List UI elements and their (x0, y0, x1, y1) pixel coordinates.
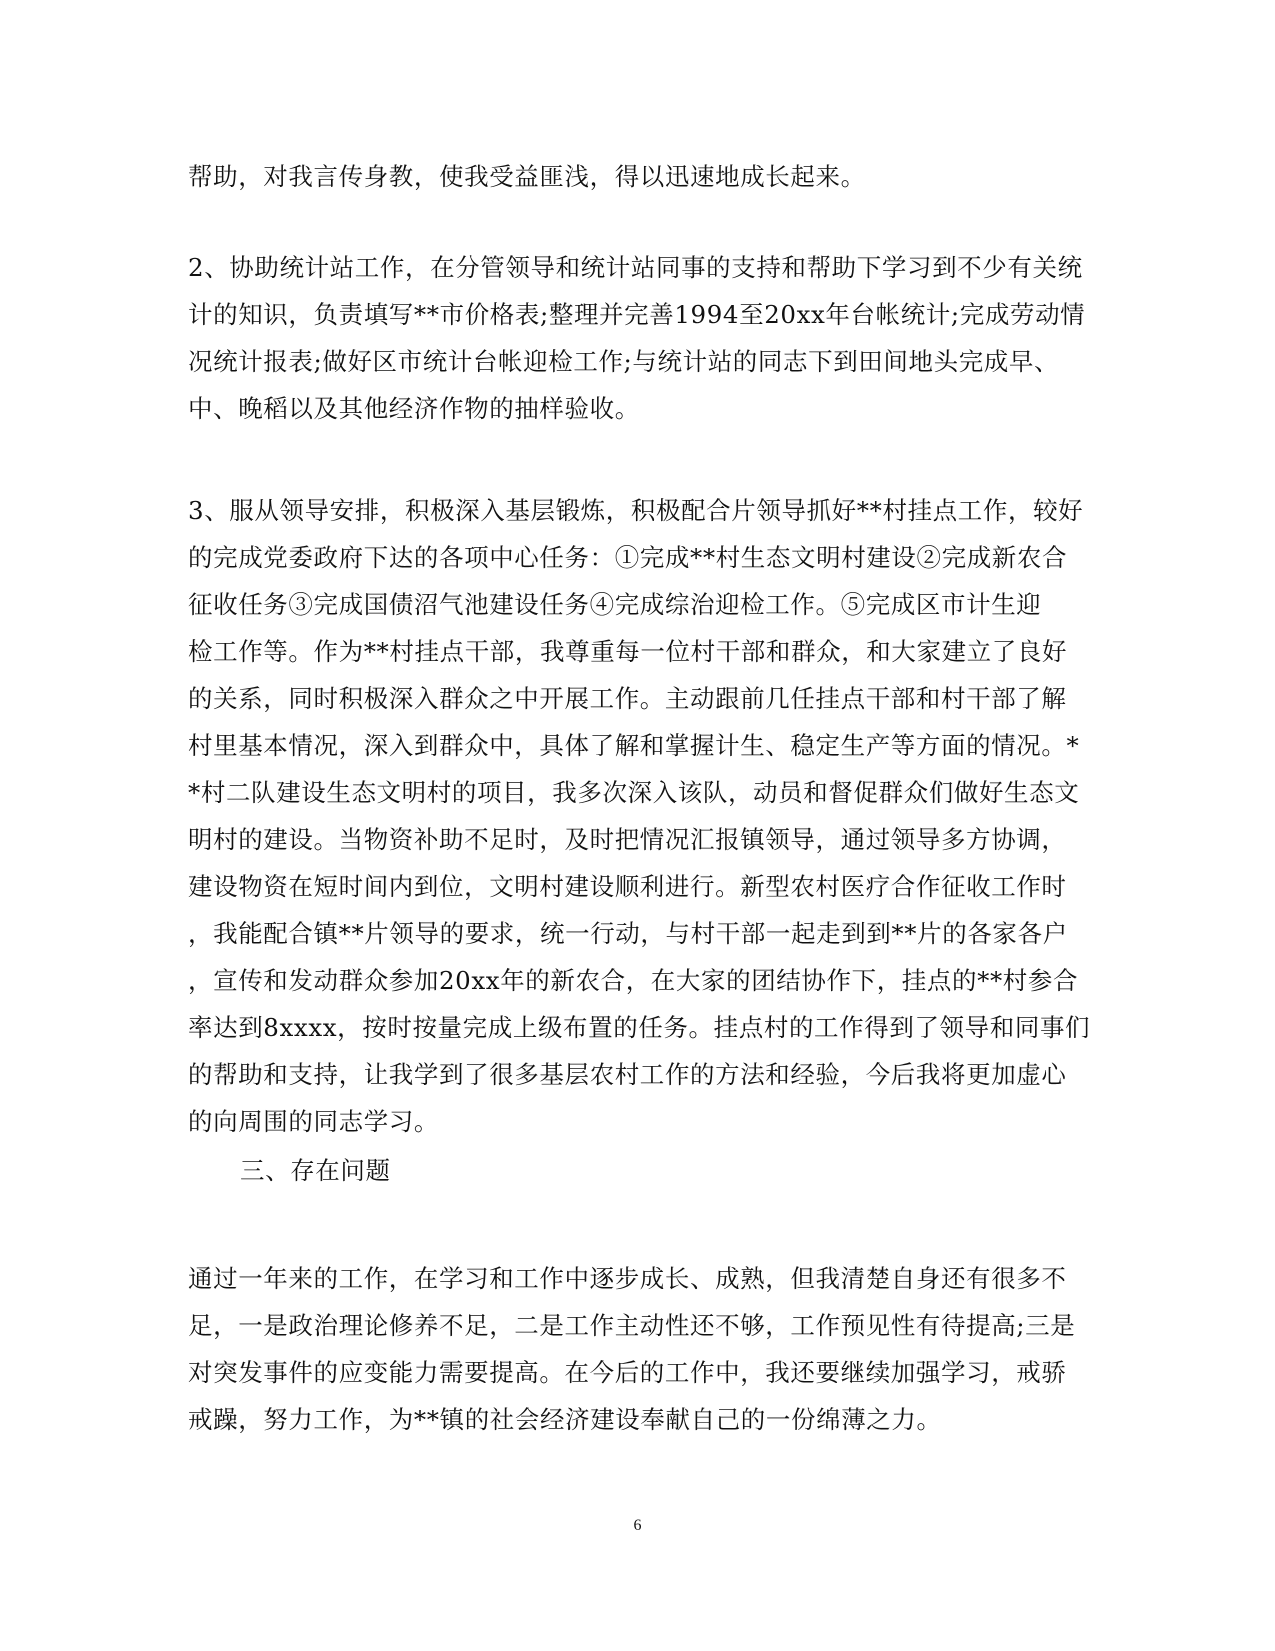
paragraph-line: 的向周围的同志学习。 (188, 1107, 439, 1137)
paragraph-line: 帮助，对我言传身教，使我受益匪浅，得以迅速地成长起来。 (188, 162, 866, 192)
paragraph-line: 足，一是政治理论修养不足，二是工作主动性还不够，工作预见性有待提高;三是 (188, 1311, 1075, 1341)
paragraph-line: 通过一年来的工作，在学习和工作中逐步成长、成熟，但我清楚自身还有很多不 (188, 1264, 1067, 1294)
document-page: 帮助，对我言传身教，使我受益匪浅，得以迅速地成长起来。 2、协助统计站工作，在分… (0, 0, 1275, 1651)
paragraph-line: 明村的建设。当物资补助不足时，及时把情况汇报镇领导，通过领导多方协调， (188, 825, 1067, 855)
paragraph-line: 村里基本情况，深入到群众中，具体了解和掌握计生、稳定生产等方面的情况。* (188, 731, 1079, 761)
section-heading: 三、存在问题 (240, 1156, 391, 1186)
paragraph-line: 中、晚稻以及其他经济作物的抽样验收。 (188, 394, 640, 424)
paragraph-line: ，我能配合镇**片领导的要求，统一行动，与村干部一起走到到**片的各家各户 (188, 919, 1068, 949)
paragraph-line: 3、服从领导安排，积极深入基层锻炼，积极配合片领导抓好**村挂点工作，较好 (188, 496, 1083, 526)
paragraph-line: 的关系，同时积极深入群众之中开展工作。主动跟前几任挂点干部和村干部了解 (188, 684, 1067, 714)
paragraph-line: 的帮助和支持，让我学到了很多基层农村工作的方法和经验，今后我将更加虚心 (188, 1060, 1067, 1090)
paragraph-line: 2、协助统计站工作，在分管领导和统计站同事的支持和帮助下学习到不少有关统 (188, 253, 1083, 283)
paragraph-line: 建设物资在短时间内到位，文明村建设顺利进行。新型农村医疗合作征收工作时 (188, 872, 1067, 902)
paragraph-line: 率达到8xxxx，按时按量完成上级布置的任务。挂点村的工作得到了领导和同事们 (188, 1013, 1090, 1043)
paragraph-line: 对突发事件的应变能力需要提高。在今后的工作中，我还要继续加强学习，戒骄 (188, 1358, 1067, 1388)
page-number: 6 (0, 1517, 1275, 1535)
paragraph-line: 的完成党委政府下达的各项中心任务：①完成**村生态文明村建设②完成新农合 (188, 543, 1067, 573)
paragraph-line: *村二队建设生态文明村的项目，我多次深入该队，动员和督促群众们做好生态文 (188, 778, 1079, 808)
paragraph-line: 计的知识，负责填写**市价格表;整理并完善1994至20xx年台帐统计;完成劳动… (188, 300, 1085, 330)
paragraph-line: 戒躁，努力工作，为**镇的社会经济建设奉献自己的一份绵薄之力。 (188, 1405, 942, 1435)
paragraph-line: ，宣传和发动群众参加20xx年的新农合，在大家的团结协作下，挂点的**村参合 (188, 966, 1078, 996)
paragraph-line: 检工作等。作为**村挂点干部，我尊重每一位村干部和群众，和大家建立了良好 (188, 637, 1067, 667)
paragraph-line: 况统计报表;做好区市统计台帐迎检工作;与统计站的同志下到田间地头完成早、 (188, 347, 1059, 377)
paragraph-line: 征收任务③完成国债沼气池建设任务④完成综治迎检工作。⑤完成区市计生迎 (188, 590, 1041, 620)
